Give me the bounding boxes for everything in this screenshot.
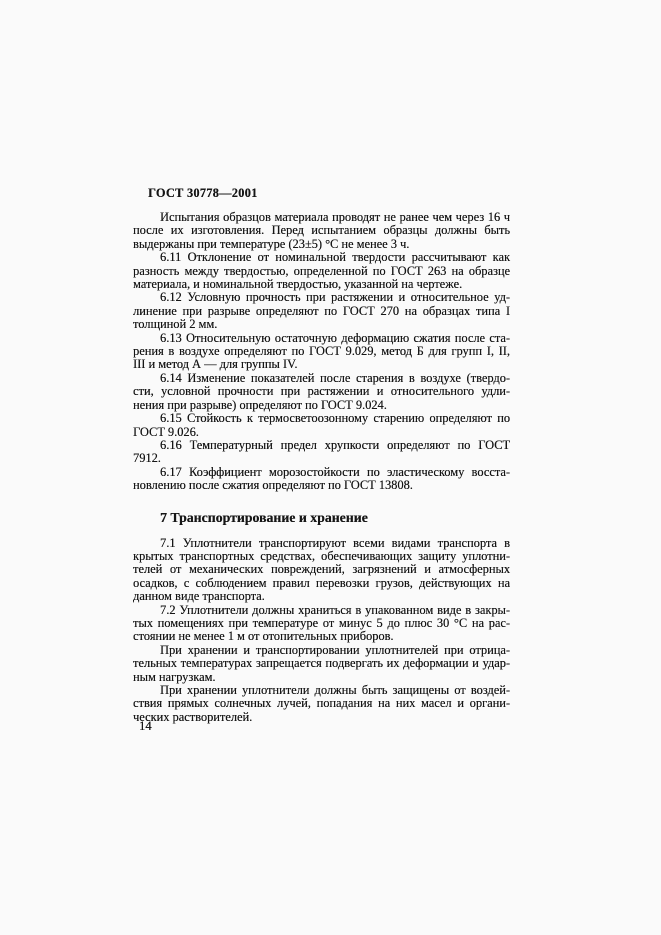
text-line: 6.17 Коэффициент морозостойкости по элас… [133, 466, 510, 479]
paragraph-6-14: 6.14 Изменение показателей после старени… [133, 372, 510, 412]
paragraph-intro: Испытания образцов материала проводят не… [133, 211, 510, 251]
text-line: 6.16 Температурный предел хрупкости опре… [133, 439, 510, 466]
paragraph-6-16: 6.16 Температурный предел хрупкости опре… [133, 439, 510, 466]
text-line: данном виде транспорта. [133, 590, 510, 603]
text-line: III и метод А — для группы IV. [133, 358, 510, 371]
text-line: тельных температурах запрещается подверг… [133, 657, 510, 670]
page-number: 14 [139, 720, 152, 733]
text-line: после их изготовления. Перед испытанием … [133, 224, 510, 237]
text-line: 6.15 Стойкость к термосветоозонному стар… [133, 412, 510, 425]
section-7-heading: 7 Транспортирование и хранение [160, 509, 510, 526]
text-line: материала, и номинальной твердостью, ука… [133, 278, 510, 291]
text-line: ГОСТ 9.026. [133, 426, 510, 439]
text-line: При хранении уплотнители должны быть защ… [133, 684, 510, 697]
text-line: тых помещениях при температуре от минус … [133, 617, 510, 630]
text-line: 6.12 Условную прочность при растяжении и… [133, 291, 510, 304]
text-line: новлению после сжатия определяют по ГОСТ… [133, 479, 510, 492]
paragraph-7-2-negative-temp: При хранении и транспортировании уплотни… [133, 644, 510, 684]
text-line: ным нагрузкам. [133, 671, 510, 684]
text-line: рения в воздухе определяют по ГОСТ 9.029… [133, 345, 510, 358]
text-line: осадков, с соблюдением правил перевозки … [133, 577, 510, 590]
section-7-transport-storage: 7.1 Уплотнители транспортируют всеми вид… [133, 537, 510, 725]
text-line: 7.1 Уплотнители транспортируют всеми вид… [133, 537, 510, 550]
page-content: ГОСТ 30778—2001 Испытания образцов матер… [133, 187, 510, 724]
text-line: выдержаны при температуре (23±5) °С не м… [133, 238, 510, 251]
paragraph-6-15: 6.15 Стойкость к термосветоозонному стар… [133, 412, 510, 439]
text-line: разность между твердостью, определенной … [133, 265, 510, 278]
text-line: нения при разрыве) определяют по ГОСТ 9.… [133, 399, 510, 412]
paragraph-6-11: 6.11 Отклонение от номинальной твердости… [133, 251, 510, 291]
text-line: толщиной 2 мм. [133, 318, 510, 331]
paragraph-6-13: 6.13 Относительную остаточную деформацию… [133, 332, 510, 372]
text-line: телей от механических повреждений, загря… [133, 563, 510, 576]
text-line: ствия прямых солнечных лучей, попадания … [133, 697, 510, 710]
paragraph-6-12: 6.12 Условную прочность при растяжении и… [133, 291, 510, 331]
running-header: ГОСТ 30778—2001 [148, 187, 510, 200]
text-line: 7.2 Уплотнители должны храниться в упако… [133, 604, 510, 617]
paragraph-7-2: 7.2 Уплотнители должны храниться в упако… [133, 604, 510, 644]
document-page: ГОСТ 30778—2001 Испытания образцов матер… [0, 0, 661, 935]
paragraph-7-2-protection: При хранении уплотнители должны быть защ… [133, 684, 510, 724]
text-line: 6.14 Изменение показателей после старени… [133, 372, 510, 385]
text-line: крытых транспортных средствах, обеспечив… [133, 550, 510, 563]
text-line: 6.13 Относительную остаточную деформацию… [133, 332, 510, 345]
paragraph-7-1: 7.1 Уплотнители транспортируют всеми вид… [133, 537, 510, 604]
text-line: При хранении и транспортировании уплотни… [133, 644, 510, 657]
section-6-test-methods: Испытания образцов материала проводят не… [133, 211, 510, 493]
text-line: сти, условной прочности при растяжении и… [133, 385, 510, 398]
text-line: линение при разрыве определяют по ГОСТ 2… [133, 305, 510, 318]
text-line: Испытания образцов материала проводят не… [133, 211, 510, 224]
text-line: 6.11 Отклонение от номинальной твердости… [133, 251, 510, 264]
text-line: стоянии не менее 1 м от отопительных при… [133, 630, 510, 643]
text-line: ческих растворителей. [133, 711, 510, 724]
paragraph-6-17: 6.17 Коэффициент морозостойкости по элас… [133, 466, 510, 493]
